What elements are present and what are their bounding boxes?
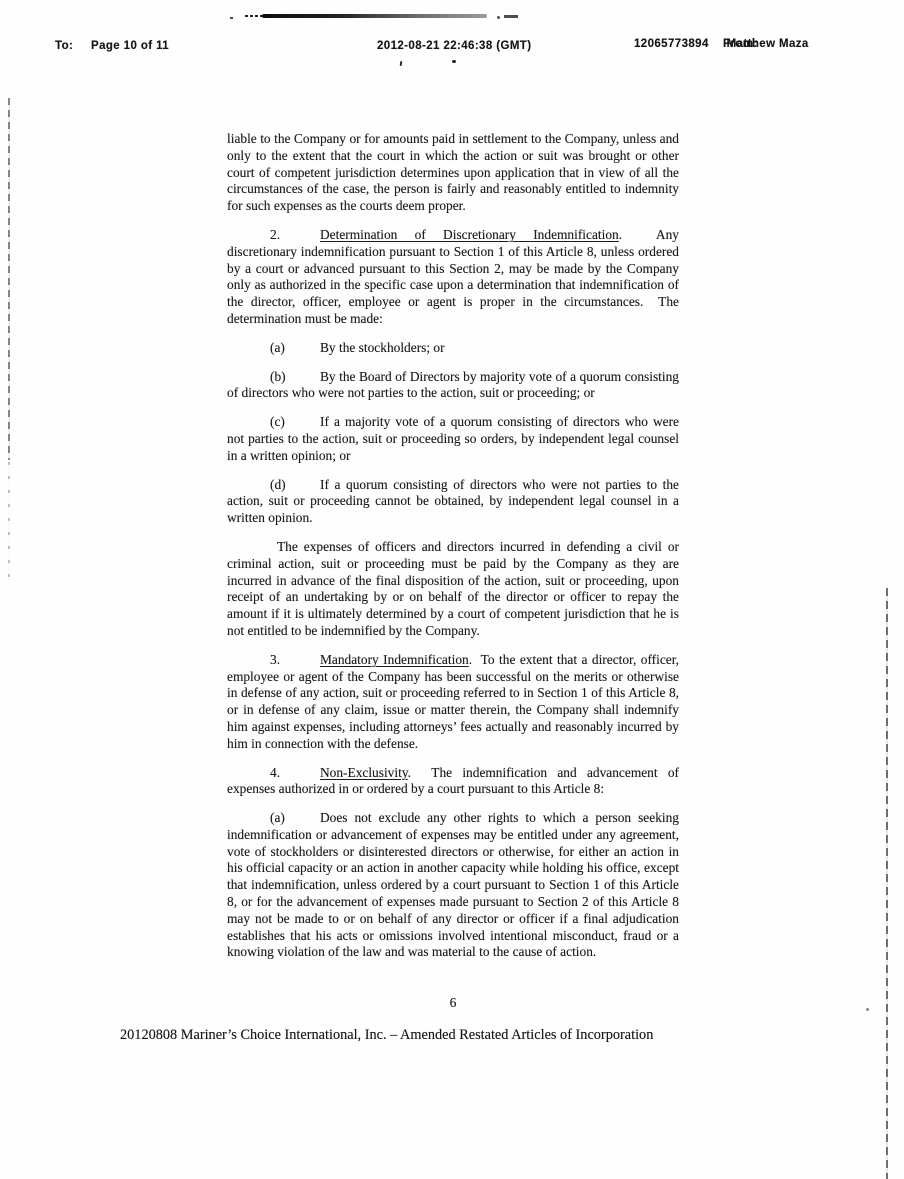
fax-page-info: Page 10 of 11 <box>91 40 169 52</box>
scan-artifact-dash <box>504 15 518 18</box>
scan-artifact-dot <box>230 17 233 19</box>
paragraph: The expenses of officers and directors i… <box>227 539 679 640</box>
section-heading: Mandatory Indemnification <box>320 652 469 667</box>
scan-artifact-left-edge-line <box>8 462 10 580</box>
fax-number: 12065773894 <box>634 38 709 50</box>
paragraph: (a)By the stockholders; or <box>227 340 679 357</box>
paragraph-label: (c) <box>270 414 320 431</box>
scan-artifact-speck <box>452 60 456 63</box>
paragraph-label: (a) <box>270 810 320 827</box>
paragraph-label: (b) <box>270 369 320 386</box>
section-heading: Non-Exclusivity <box>320 765 408 780</box>
fax-timestamp: 2012-08-21 22:46:38 (GMT) <box>377 40 531 52</box>
section-heading: Determination of Discretionary Indemnifi… <box>320 227 619 242</box>
paragraph: (a)Does not exclude any other rights to … <box>227 810 679 961</box>
paragraph: 2.Determination of Discretionary Indemni… <box>227 227 679 328</box>
scan-artifact-top-streak <box>262 14 487 18</box>
paragraph-label: (d) <box>270 477 320 494</box>
paragraph-label: (a) <box>270 340 320 357</box>
document-footer: 20120808 Mariner’s Choice International,… <box>120 1027 653 1044</box>
scanned-fax-page: To: Page 10 of 11 2012-08-21 22:46:38 (G… <box>0 0 904 1179</box>
fax-sender-name: Matthew Maza <box>727 38 809 50</box>
scan-artifact-dot <box>497 16 500 19</box>
paragraph: 3.Mandatory Indemnification. To the exte… <box>227 652 679 753</box>
paragraph: (c)If a majority vote of a quorum consis… <box>227 414 679 464</box>
fax-to-label: To: <box>55 40 73 52</box>
scan-artifact-left-edge-line <box>8 98 10 460</box>
scan-artifact-right-edge-line <box>886 588 888 1179</box>
scan-artifact-speck <box>866 1008 869 1011</box>
paragraph-label: 4. <box>270 765 320 782</box>
paragraph-label: 3. <box>270 652 320 669</box>
paragraph: (b)By the Board of Directors by majority… <box>227 369 679 403</box>
paragraph: 4.Non-Exclusivity. The indemnification a… <box>227 765 679 799</box>
page-number: 6 <box>227 995 679 1011</box>
scan-artifact-top-streak-lead <box>245 15 262 17</box>
scan-artifact-speck <box>400 61 403 66</box>
fax-from: From: Matthew Maza <box>723 38 727 50</box>
paragraph-label: 2. <box>270 227 320 244</box>
document-body: liable to the Company or for amounts pai… <box>227 131 679 973</box>
paragraph: (d)If a quorum consisting of directors w… <box>227 477 679 527</box>
paragraph: liable to the Company or for amounts pai… <box>227 131 679 215</box>
